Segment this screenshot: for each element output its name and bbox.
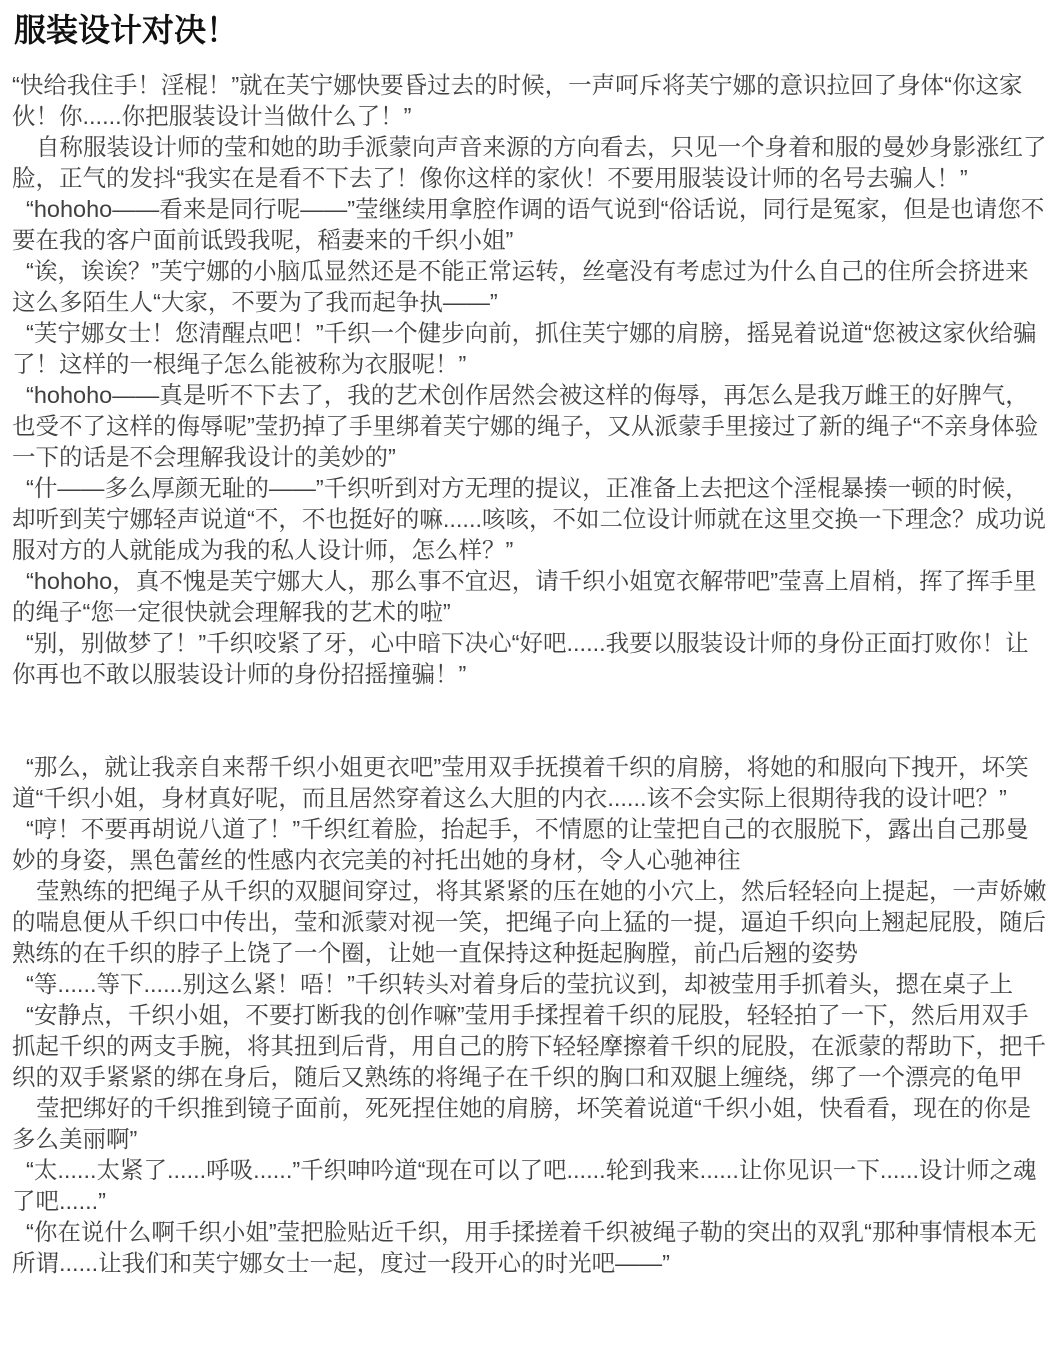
paragraph: 莹熟练的把绳子从千织的双腿间穿过，将其紧紧的压在她的小穴上，然后轻轻向上提起，一…: [12, 876, 1047, 969]
paragraph: “别，别做梦了！”千织咬紧了牙，心中暗下决心“好吧......我要以服装设计师的…: [12, 628, 1047, 690]
paragraph: “快给我住手！淫棍！”就在芙宁娜快要昏过去的时候，一声呵斥将芙宁娜的意识拉回了身…: [12, 70, 1047, 132]
paragraph: “那么，就让我亲自来帮千织小姐更衣吧”莹用双手抚摸着千织的肩膀，将她的和服向下拽…: [12, 752, 1047, 814]
paragraph: “安静点，千织小姐，不要打断我的创作嘛”莹用手揉捏着千织的屁股，轻轻拍了一下，然…: [12, 1000, 1047, 1093]
document-page: 服装设计对决！ “快给我住手！淫棍！”就在芙宁娜快要昏过去的时候，一声呵斥将芙宁…: [0, 0, 1057, 1293]
paragraph: “哼！不要再胡说八道了！”千织红着脸，抬起手，不情愿的让莹把自己的衣服脱下，露出…: [12, 814, 1047, 876]
paragraph: “hohoho——真是听不下去了，我的艺术创作居然会被这样的侮辱，再怎么是我万雌…: [12, 380, 1047, 473]
paragraph: “芙宁娜女士！您清醒点吧！”千织一个健步向前，抓住芙宁娜的肩膀，摇晃着说道“您被…: [12, 318, 1047, 380]
paragraph: “hohoho——看来是同行呢——”莹继续用拿腔作调的语气说到“俗话说，同行是冤…: [12, 194, 1047, 256]
paragraph: “太......太紧了......呼吸......”千织呻吟道“现在可以了吧..…: [12, 1155, 1047, 1217]
paragraph: 莹把绑好的千织推到镜子面前，死死捏住她的肩膀，坏笑着说道“千织小姐，快看看，现在…: [12, 1093, 1047, 1155]
paragraph: “等......等下......别这么紧！唔！”千织转头对着身后的莹抗议到，却被…: [12, 969, 1047, 1000]
paragraph: “hohoho，真不愧是芙宁娜大人，那么事不宜迟，请千织小姐宽衣解带吧”莹喜上眉…: [12, 566, 1047, 628]
paragraph: “你在说什么啊千织小姐”莹把脸贴近千织，用手揉搓着千织被绳子勒的突出的双乳“那种…: [12, 1217, 1047, 1279]
paragraph: “什——多么厚颜无耻的——”千织听到对方无理的提议，正准备上去把这个淫棍暴揍一顿…: [12, 473, 1047, 566]
paragraph: “诶，诶诶？”芙宁娜的小脑瓜显然还是不能正常运转，丝毫没有考虑过为什么自己的住所…: [12, 256, 1047, 318]
paragraph: 自称服装设计师的莹和她的助手派蒙向声音来源的方向看去，只见一个身着和服的曼妙身影…: [12, 132, 1047, 194]
article-body: “快给我住手！淫棍！”就在芙宁娜快要昏过去的时候，一声呵斥将芙宁娜的意识拉回了身…: [12, 70, 1047, 1279]
page-title: 服装设计对决！: [14, 10, 1047, 50]
